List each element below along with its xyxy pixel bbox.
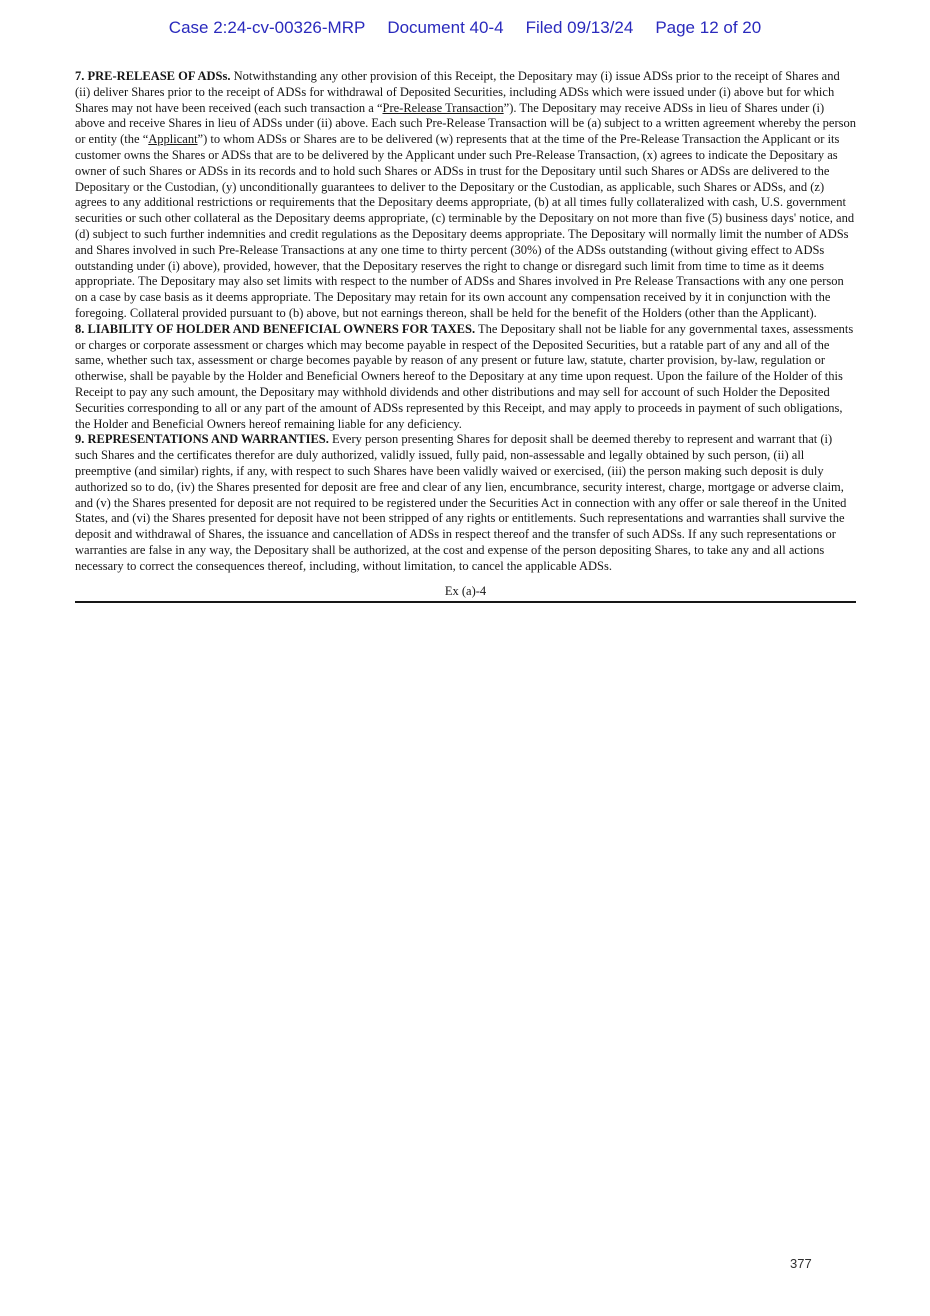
defined-term-underlined: Applicant (148, 132, 197, 146)
document-body: 7. PRE-RELEASE OF ADSs. Notwithstanding … (75, 69, 856, 610)
section-heading-text: 8. LIABILITY OF HOLDER AND BENEFICIAL OW… (75, 322, 475, 336)
section-heading-text: 7. PRE-RELEASE OF ADSs. (75, 69, 230, 83)
exhibit-label: Ex (a)-4 (75, 584, 856, 600)
body-text-segment: The Depositary shall not be liable for a… (75, 322, 853, 431)
defined-term-underlined: Pre-Release Transaction (383, 101, 504, 115)
document-number: Document 40-4 (387, 18, 503, 38)
body-text-segment: ”) to whom ADSs or Shares are to be deli… (75, 132, 854, 320)
case-filing-header: Case 2:24-cv-00326-MRPDocument 40-4Filed… (0, 18, 930, 38)
page-count: Page 12 of 20 (655, 18, 761, 38)
document-page: Case 2:24-cv-00326-MRPDocument 40-4Filed… (0, 0, 930, 1316)
filed-date: Filed 09/13/24 (526, 18, 634, 38)
section-heading-text: 9. REPRESENTATIONS AND WARRANTIES. (75, 432, 329, 446)
footer-divider (75, 601, 856, 603)
paragraph-pre-release-of-adss: 7. PRE-RELEASE OF ADSs. Notwithstanding … (75, 69, 856, 322)
paragraph-representations-and-warranties: 9. REPRESENTATIONS AND WARRANTIES. Every… (75, 432, 856, 574)
body-text-segment: Every person presenting Shares for depos… (75, 432, 846, 572)
case-number: Case 2:24-cv-00326-MRP (169, 18, 366, 38)
paragraph-liability-for-taxes: 8. LIABILITY OF HOLDER AND BENEFICIAL OW… (75, 322, 856, 433)
page-number: 377 (790, 1256, 812, 1271)
